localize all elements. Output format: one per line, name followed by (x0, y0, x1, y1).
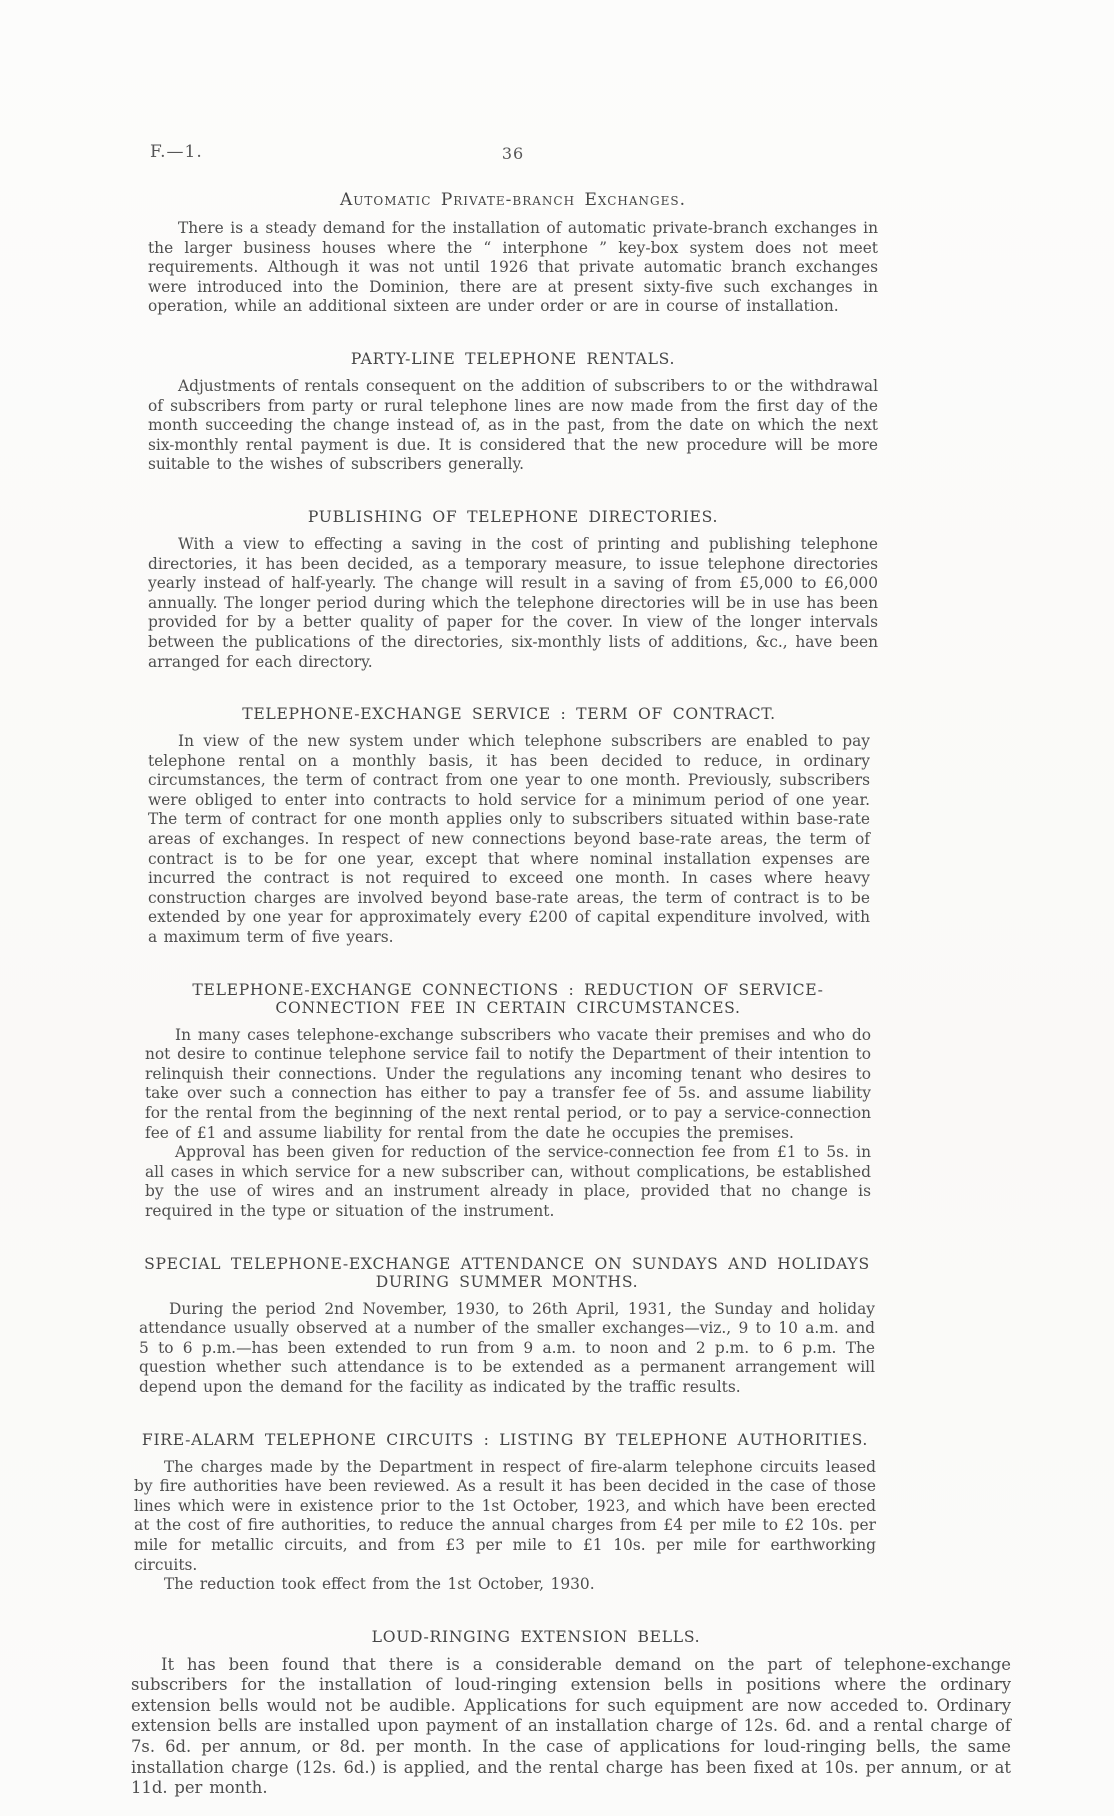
paragraph: In many cases telephone-exchange subscri… (145, 1026, 871, 1144)
document-section: TELEPHONE-EXCHANGE CONNECTIONS : REDUCTI… (145, 981, 871, 1222)
section-heading: TELEPHONE-EXCHANGE CONNECTIONS : REDUCTI… (145, 981, 871, 1017)
document-section: SPECIAL TELEPHONE-EXCHANGE ATTENDANCE ON… (139, 1255, 875, 1398)
page-content: F.—1. 36 Automatic Private-branch Exchan… (148, 142, 878, 1799)
page-header: F.—1. 36 (148, 142, 878, 164)
scanned-document-page: F.—1. 36 Automatic Private-branch Exchan… (0, 0, 1114, 1816)
paragraph: Approval has been given for reduction of… (145, 1143, 871, 1221)
section-heading: PUBLISHING OF TELEPHONE DIRECTORIES. (148, 508, 878, 526)
paragraph: The reduction took effect from the 1st O… (134, 1575, 876, 1595)
paragraph: In view of the new system under which te… (148, 732, 870, 948)
document-sections: Automatic Private-branch Exchanges.There… (148, 190, 878, 1799)
document-section: PARTY-LINE TELEPHONE RENTALS.Adjustments… (148, 350, 878, 475)
paragraph: During the period 2nd November, 1930, to… (139, 1300, 875, 1398)
section-heading: FIRE-ALARM TELEPHONE CIRCUITS : LISTING … (134, 1431, 876, 1449)
document-section: Automatic Private-branch Exchanges.There… (148, 190, 878, 317)
paragraph: With a view to effecting a saving in the… (148, 535, 878, 672)
paragraph: There is a steady demand for the install… (148, 219, 878, 317)
document-section: LOUD-RINGING EXTENSION BELLS.It has been… (131, 1628, 1011, 1799)
document-section: TELEPHONE-EXCHANGE SERVICE : TERM OF CON… (148, 705, 870, 948)
paragraph: Adjustments of rentals consequent on the… (148, 377, 878, 475)
paragraph: It has been found that there is a consid… (131, 1655, 1011, 1799)
document-section: FIRE-ALARM TELEPHONE CIRCUITS : LISTING … (134, 1431, 876, 1595)
paragraph: The charges made by the Department in re… (134, 1458, 876, 1576)
section-heading: LOUD-RINGING EXTENSION BELLS. (61, 1628, 1011, 1646)
section-heading: PARTY-LINE TELEPHONE RENTALS. (148, 350, 878, 368)
section-heading: Automatic Private-branch Exchanges. (148, 190, 878, 210)
section-heading: TELEPHONE-EXCHANGE SERVICE : TERM OF CON… (148, 705, 870, 723)
document-section: PUBLISHING OF TELEPHONE DIRECTORIES.With… (148, 508, 878, 672)
page-number: 36 (148, 144, 878, 163)
section-heading: SPECIAL TELEPHONE-EXCHANGE ATTENDANCE ON… (139, 1255, 875, 1291)
